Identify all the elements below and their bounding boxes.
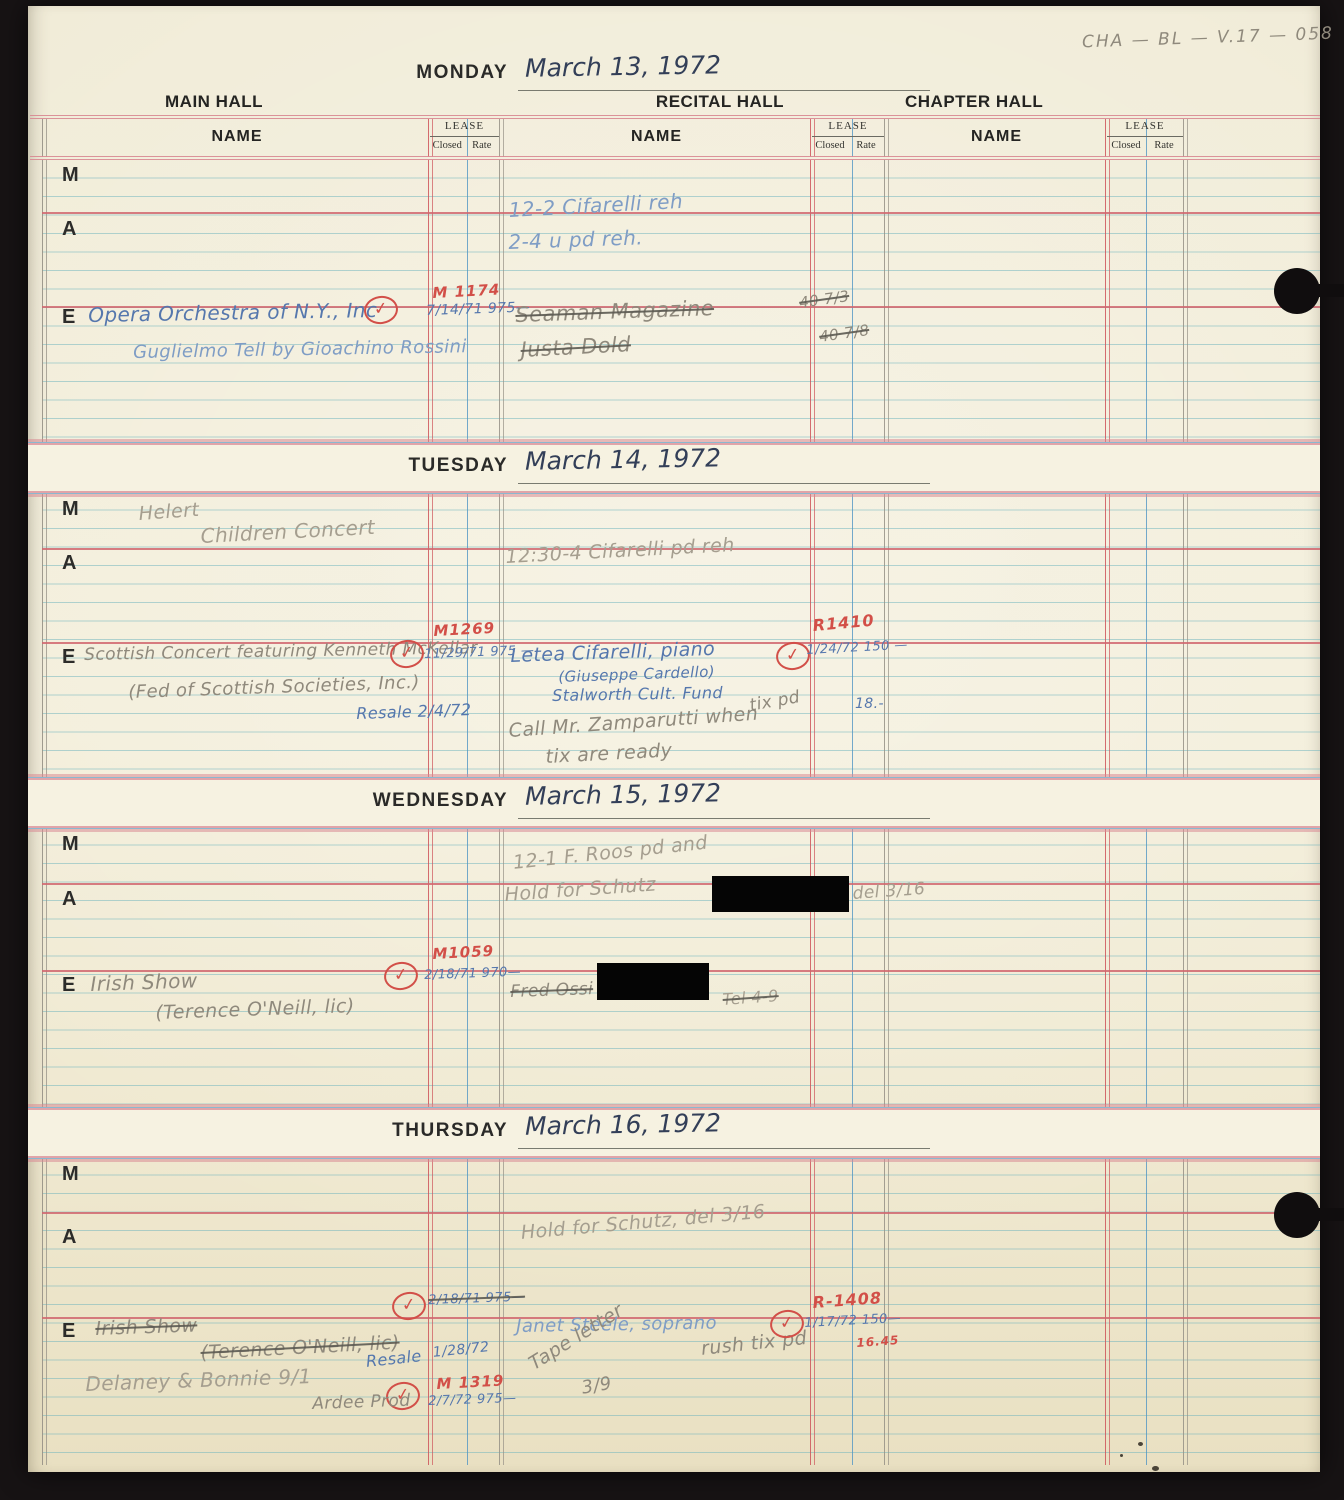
handwriting-overlay: 12-2 Cifarelli reh2-4 u pd reh.Opera Orc… <box>0 0 1344 1500</box>
handwritten-note: Stalworth Cult. Fund <box>552 683 723 705</box>
handwritten-note: 1/17/72 150— <box>804 1311 902 1331</box>
handwritten-note: 1/24/72 150 — <box>806 638 908 658</box>
handwritten-note: 12-1 F. Roos pd and <box>512 832 709 874</box>
handwritten-note: Resale 2/4/72 <box>356 700 472 723</box>
handwritten-note: Justa Dold <box>520 332 632 362</box>
handwritten-note: M1059 <box>432 942 495 963</box>
handwritten-note: R-1408 <box>812 1288 883 1312</box>
ink-speck <box>1152 1466 1159 1471</box>
handwritten-note: 12:30-4 Cifarelli pd reh <box>505 534 735 568</box>
handwritten-note: 40 7/8 <box>818 321 870 346</box>
hole-punch <box>1274 268 1320 314</box>
handwritten-note: 1/28/72 <box>432 1339 490 1361</box>
handwritten-note: Hold for Schutz <box>504 873 657 906</box>
ink-speck <box>1120 1454 1123 1457</box>
handwritten-note: R1410 <box>812 611 875 635</box>
handwritten-note: Seaman Magazine <box>515 296 714 327</box>
handwritten-note: 2-4 u pd reh. <box>508 225 643 254</box>
handwritten-note: Helert <box>138 499 200 525</box>
handwritten-note: Tel 4-9 <box>722 986 779 1009</box>
handwritten-note: Tape letter <box>525 1299 627 1374</box>
handwritten-note: 2/18/71 970— <box>424 965 521 983</box>
hole-punch <box>1274 1192 1320 1238</box>
handwritten-note: Irish Show <box>90 968 198 996</box>
handwritten-note: 18.- <box>855 696 884 712</box>
handwritten-note: (Fed of Scottish Societies, Inc.) <box>128 672 420 703</box>
handwritten-note: Hold for Schutz, del 3/16 <box>520 1201 766 1244</box>
handwritten-note: Delaney & Bonnie 9/1 <box>85 1364 312 1396</box>
handwritten-note: Opera Orchestra of N.Y., Inc <box>88 298 377 327</box>
handwritten-note: 2/18/71 975— <box>428 1290 525 1308</box>
redaction-box <box>597 963 709 1000</box>
handwritten-note: M1269 <box>433 619 496 640</box>
lease-check-icon: ✓ <box>382 960 420 992</box>
handwritten-note: Call Mr. Zamparutti when <box>508 703 759 742</box>
handwritten-note: Irish Show <box>95 1314 198 1340</box>
handwritten-note: 12-2 Cifarelli reh <box>508 189 684 222</box>
handwritten-note: del 3/16 <box>852 879 926 904</box>
handwritten-note: 40 7/3 <box>798 287 850 312</box>
handwritten-note: Fred Ossi <box>510 979 593 1002</box>
handwritten-note: M 1319 <box>436 1371 505 1393</box>
handwritten-note: 3/9 <box>580 1373 613 1399</box>
ledger-scan: CHA — BL — V.17 — 058 MONDAY March 13, 1… <box>0 0 1344 1500</box>
handwritten-note: Children Concert <box>200 515 376 548</box>
lease-check-icon: ✓ <box>390 1290 428 1322</box>
handwritten-note: 16.45 <box>856 1333 900 1350</box>
handwritten-note: M 1174 <box>432 280 501 302</box>
ink-speck <box>1138 1442 1143 1446</box>
handwritten-note: (Giuseppe Cardello) <box>558 663 715 686</box>
handwritten-note: tix are ready <box>545 739 673 768</box>
handwritten-note: 2/7/72 975— <box>428 1391 517 1409</box>
handwritten-note: Guglielmo Tell by Gioachino Rossini <box>133 336 467 363</box>
handwritten-note: (Terence O'Neill, lic) <box>155 995 355 1024</box>
handwritten-note: Ardee Prod <box>312 1391 411 1414</box>
redaction-box <box>712 876 849 912</box>
